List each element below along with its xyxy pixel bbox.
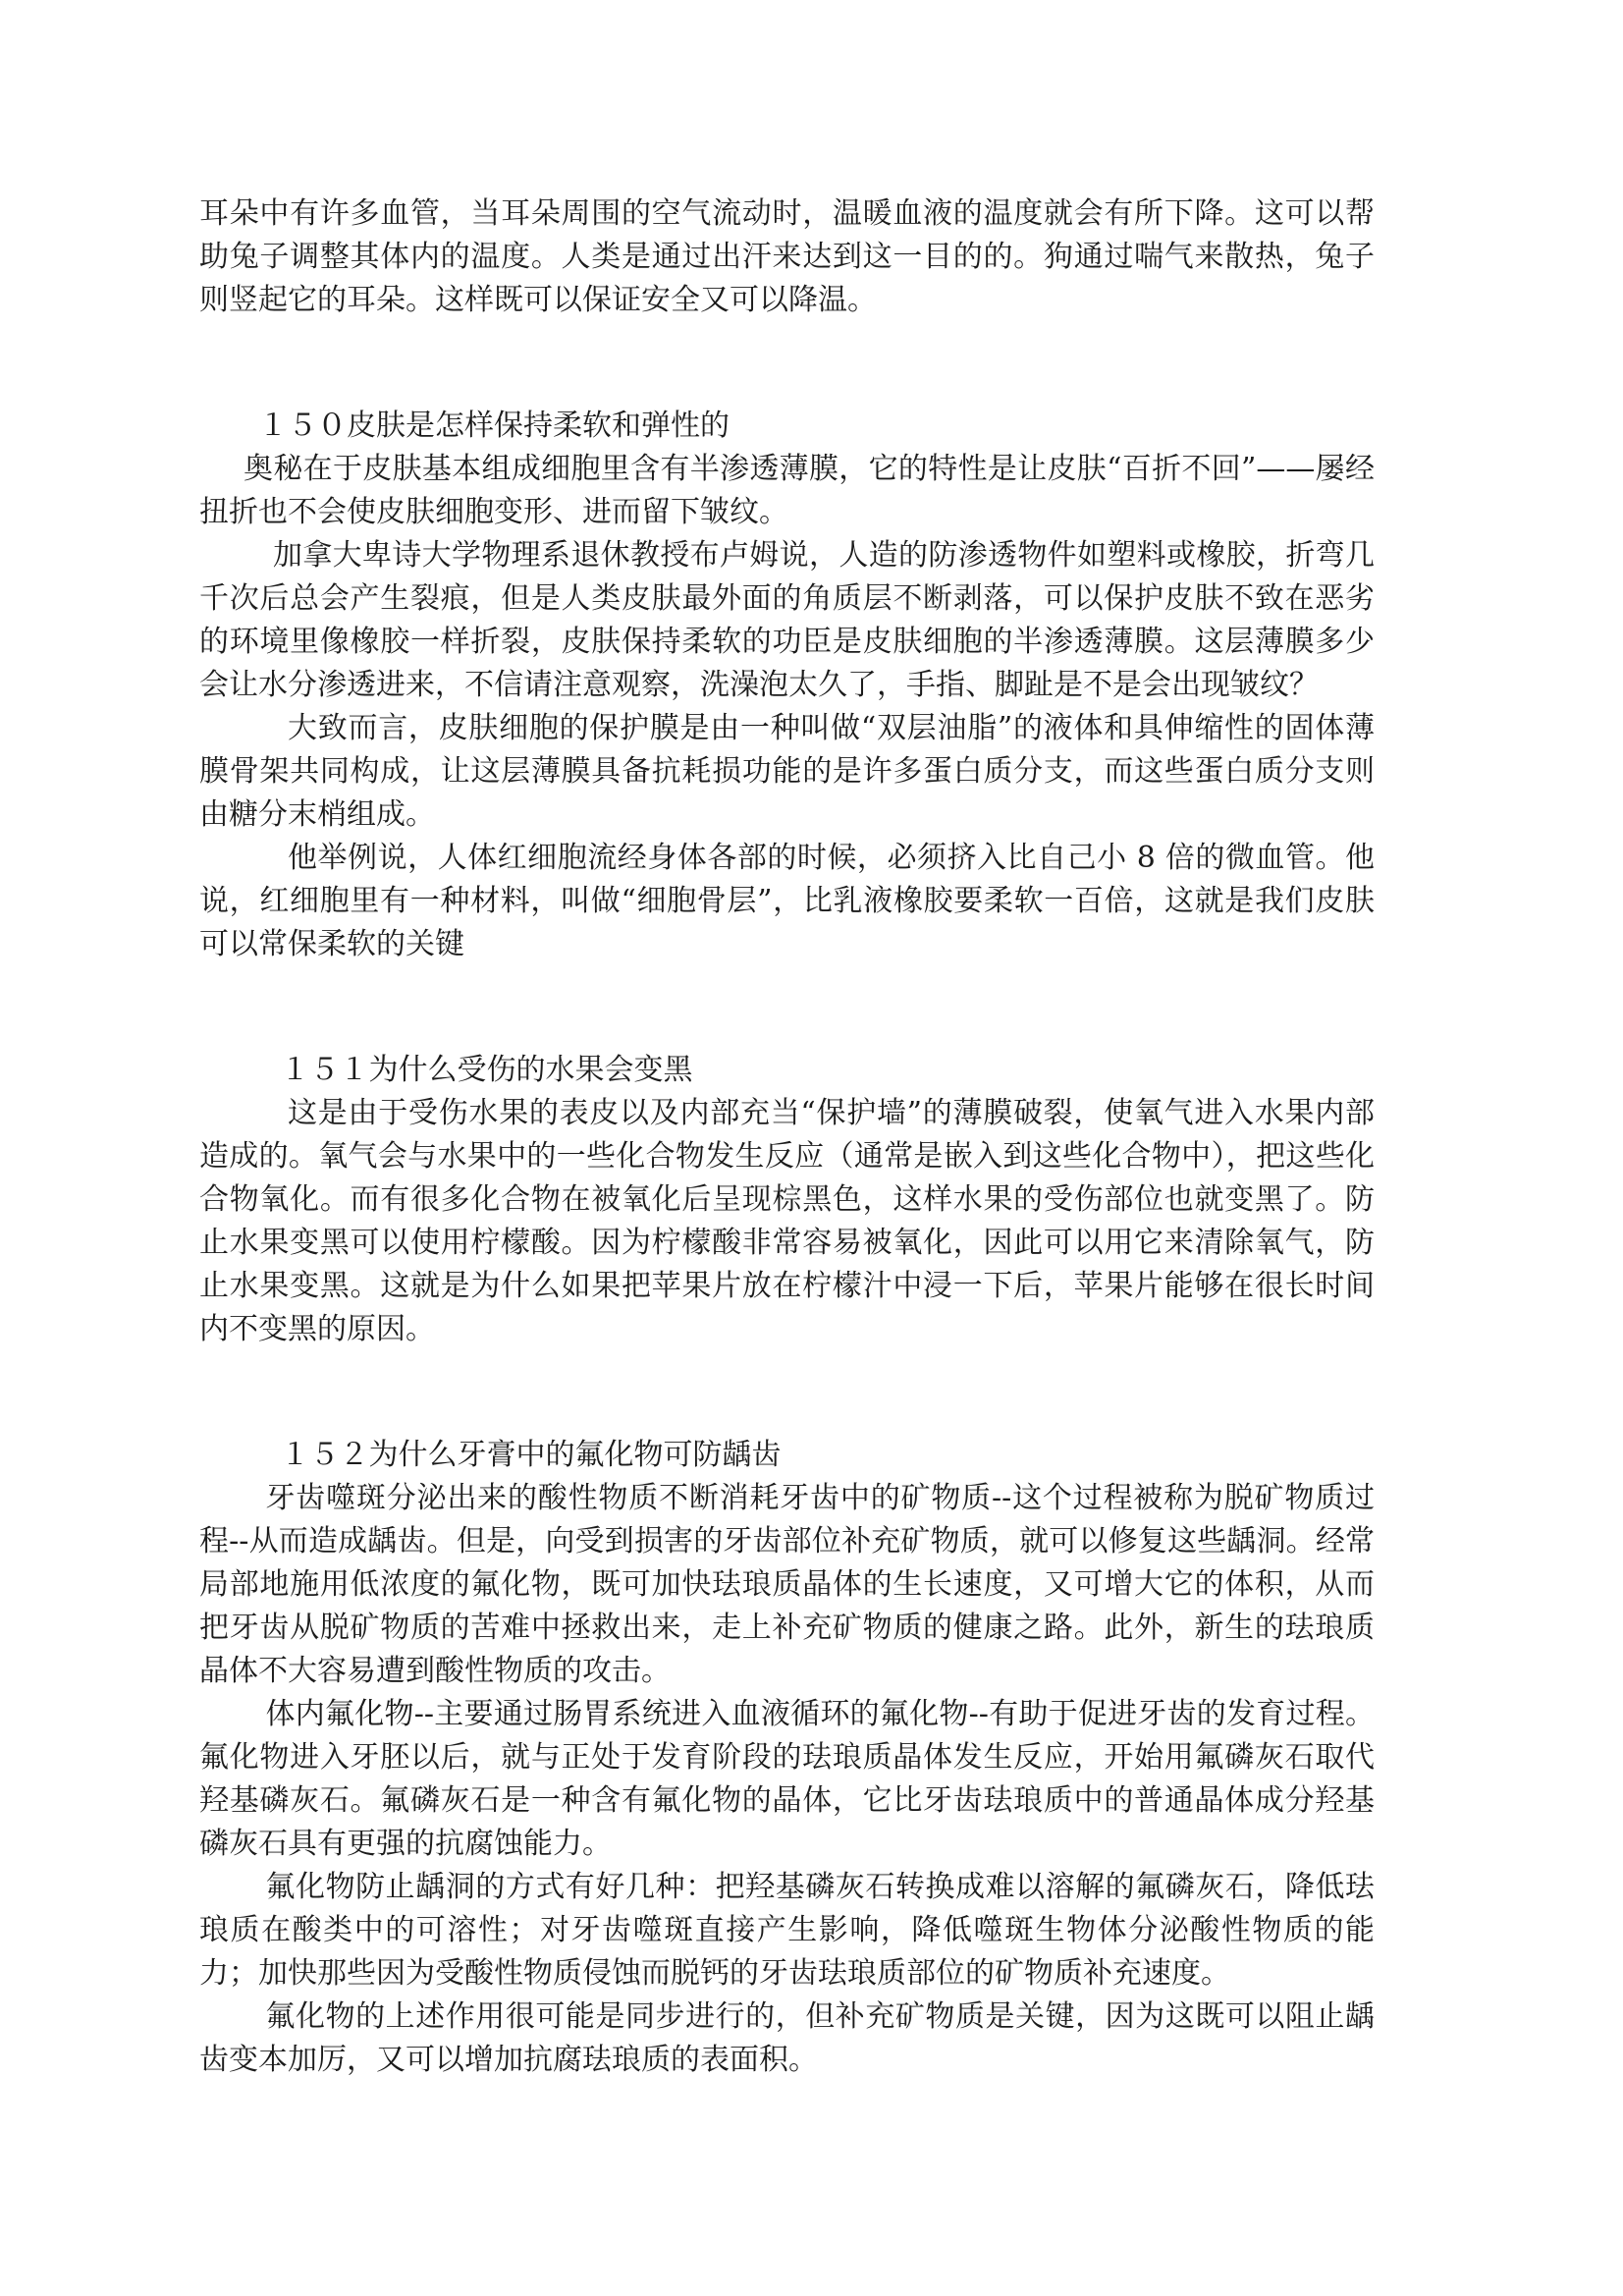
paragraph: 氟化物的上述作用很可能是同步进行的，但补充矿物质是关键，因为这既可以阻止龋齿变本… <box>199 1995 1375 2082</box>
section-152-heading: １５２为什么牙膏中的氟化物可防龋齿 <box>199 1434 1375 1477</box>
paragraph: 他举例说，人体红细胞流经身体各部的时候，必须挤入比自己小 8 倍的微血管。他说，… <box>199 837 1375 966</box>
section-151-heading: １５１为什么受伤的水果会变黑 <box>199 1049 1375 1092</box>
paragraph: 这是由于受伤水果的表皮以及内部充当“保护墙”的薄膜破裂，使氧气进入水果内部造成的… <box>199 1092 1375 1351</box>
intro-paragraph: 耳朵中有许多血管，当耳朵周围的空气流动时，温暖血液的温度就会有所下降。这可以帮助… <box>199 192 1375 322</box>
paragraph: 体内氟化物--主要通过肠胃系统进入血液循环的氟化物--有助于促进牙齿的发育过程。… <box>199 1693 1375 1866</box>
paragraph: 加拿大卑诗大学物理系退休教授布卢姆说，人造的防渗透物件如塑料或橡胶，折弯几千次后… <box>199 534 1375 707</box>
paragraph: 氟化物防止龋洞的方式有好几种：把羟基磷灰石转换成难以溶解的氟磷灰石，降低珐琅质在… <box>199 1866 1375 1995</box>
paragraph: 大致而言，皮肤细胞的保护膜是由一种叫做“双层油脂”的液体和具伸缩性的固体薄膜骨架… <box>199 707 1375 837</box>
section-150-heading: １５０皮肤是怎样保持柔软和弹性的 <box>199 405 1375 448</box>
paragraph: 牙齿噬斑分泌出来的酸性物质不断消耗牙齿中的矿物质--这个过程被称为脱矿物质过程-… <box>199 1477 1375 1693</box>
paragraph: 奥秘在于皮肤基本组成细胞里含有半渗透薄膜，它的特性是让皮肤“百折不回”——屡经扭… <box>199 448 1375 534</box>
document-page: 耳朵中有许多血管，当耳朵周围的空气流动时，温暖血液的温度就会有所下降。这可以帮助… <box>199 192 1375 2082</box>
